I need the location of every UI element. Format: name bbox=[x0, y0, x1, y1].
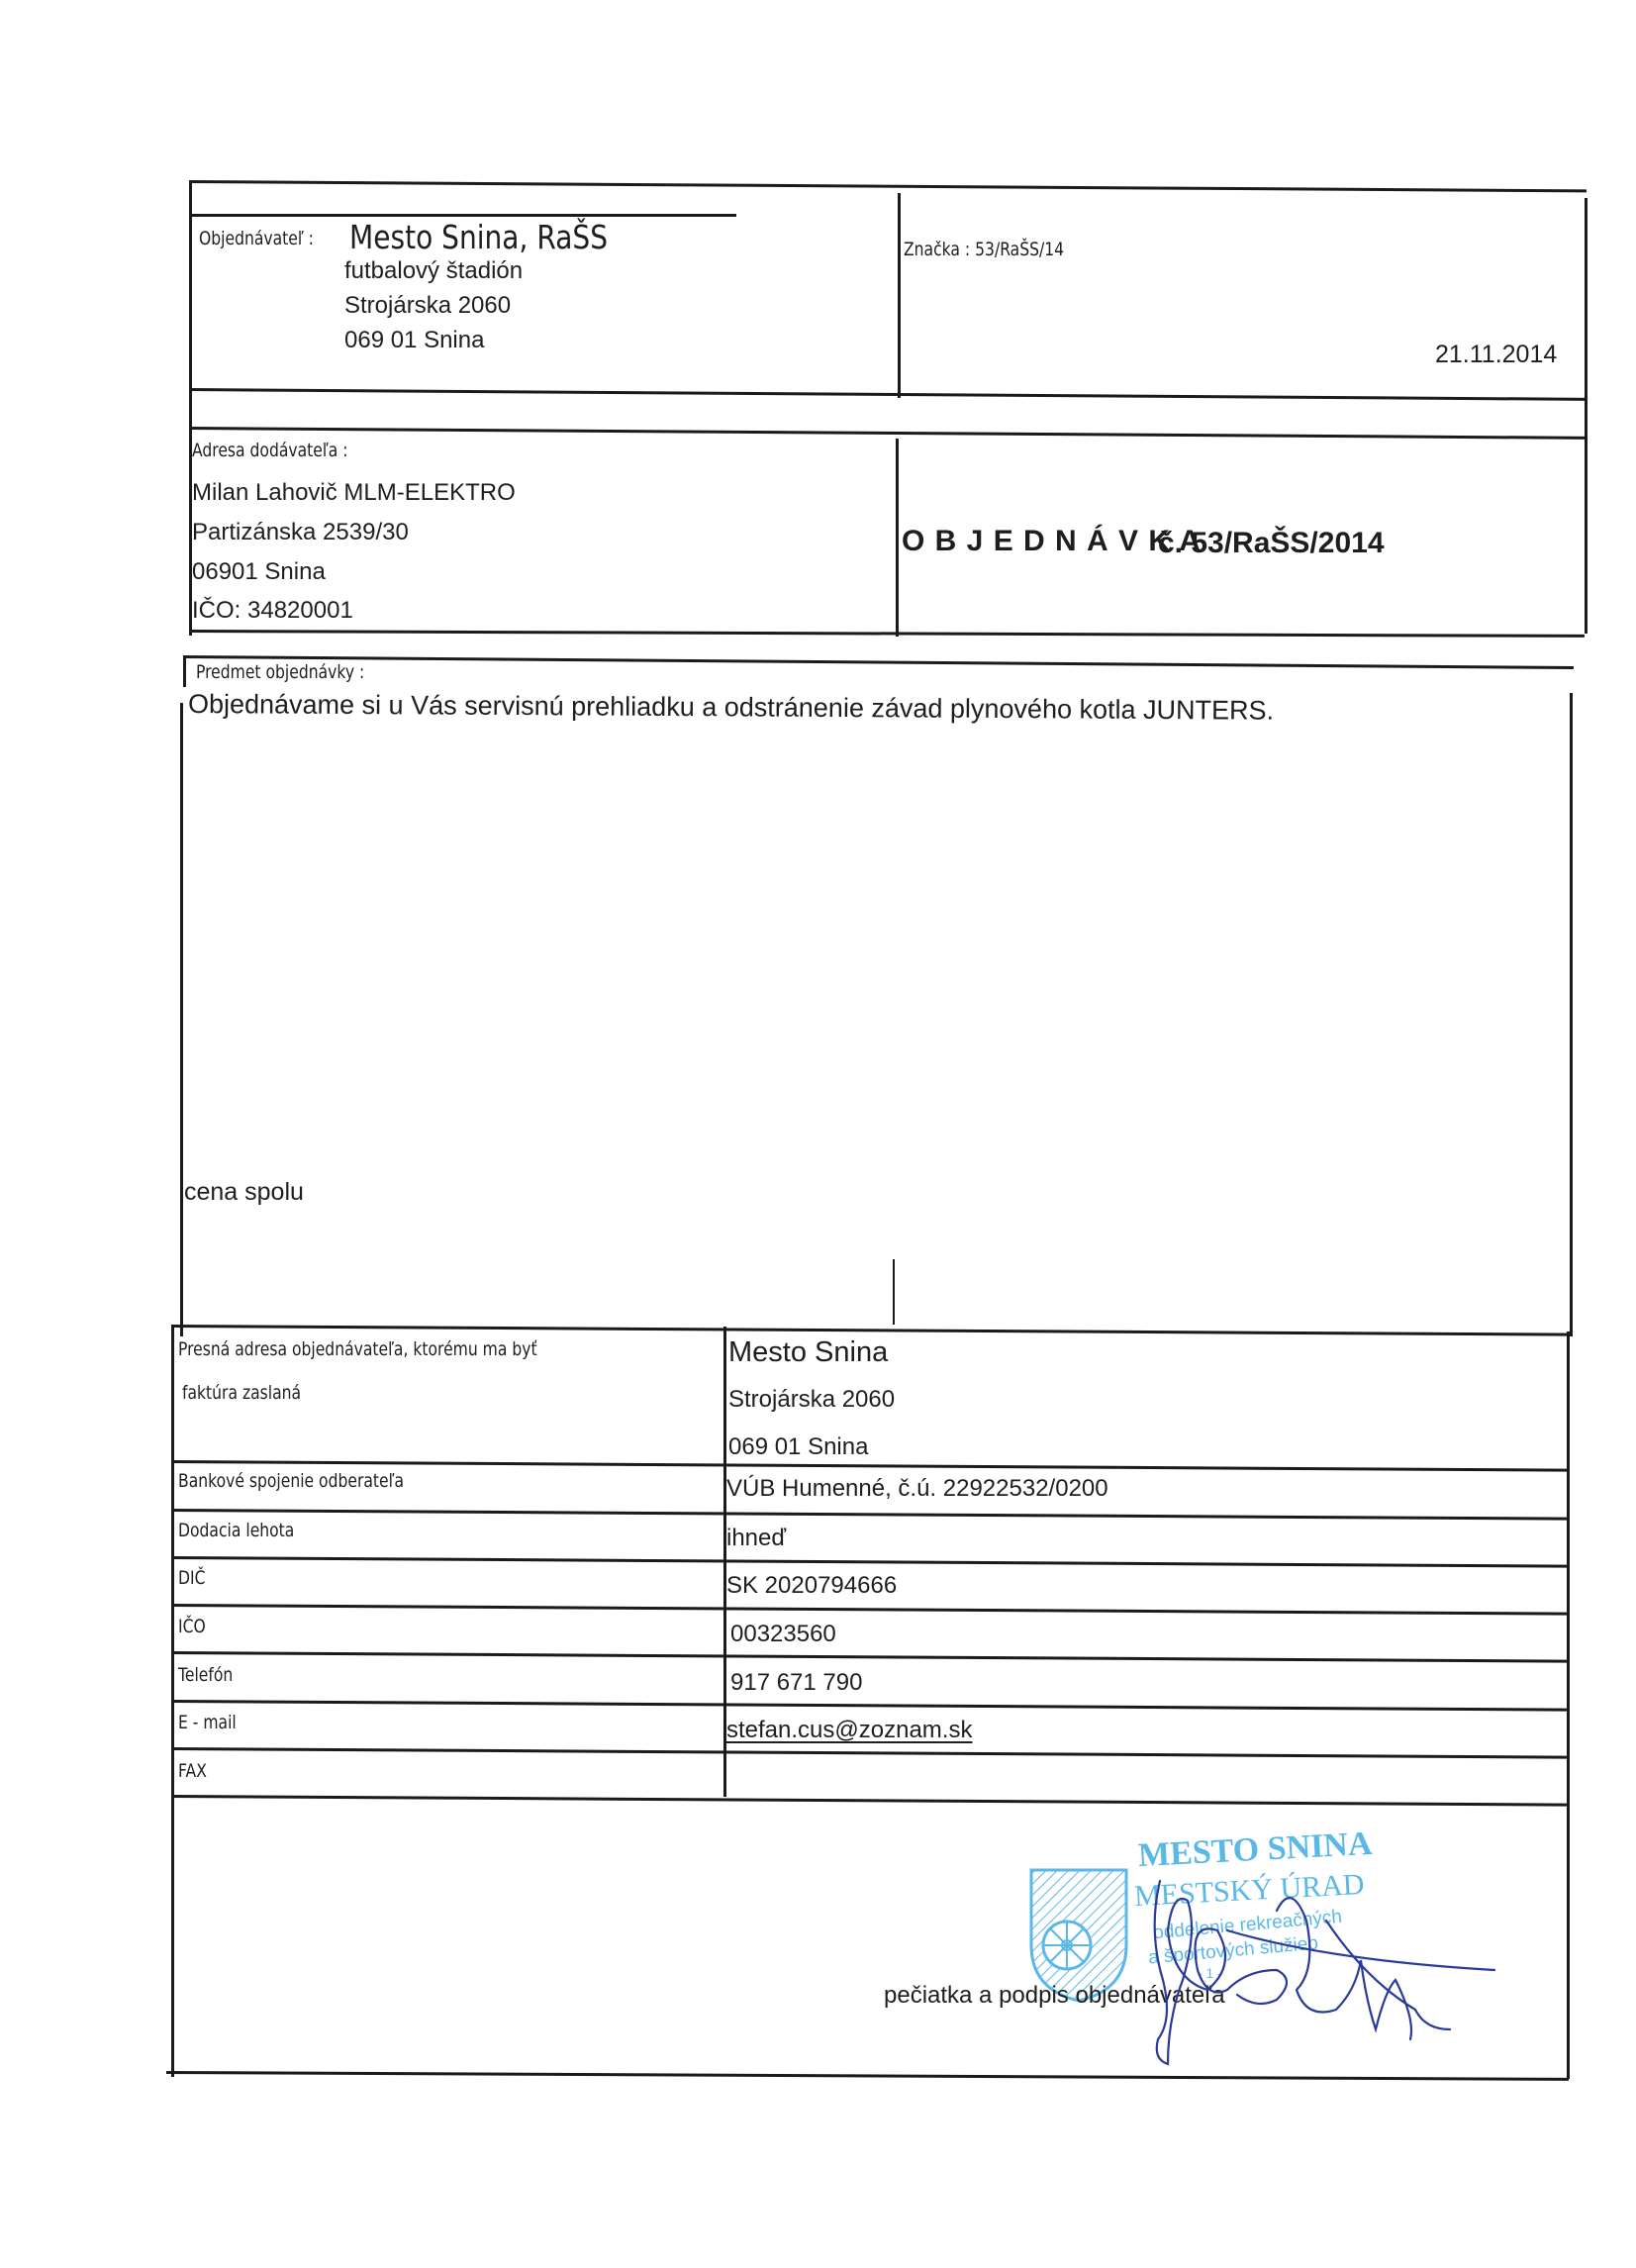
orderer-label: Objednávateľ : bbox=[199, 228, 314, 249]
invoice-address-label: faktúra zaslaná bbox=[182, 1382, 301, 1404]
row-label-bank: Bankové spojenie odberateľa bbox=[178, 1470, 404, 1492]
divider bbox=[189, 630, 1585, 638]
reference: Značka : 53/RaŠS/14 bbox=[904, 239, 1064, 260]
row-value-ico: 00323560 bbox=[730, 1621, 836, 1648]
reference-value: 53/RaŠS/14 bbox=[975, 239, 1064, 260]
divider bbox=[189, 427, 1587, 440]
divider bbox=[189, 388, 1587, 401]
row-value-phone: 917 671 790 bbox=[730, 1669, 862, 1697]
orderer-address-line: 069 01 Snina bbox=[344, 327, 484, 354]
divider bbox=[171, 1325, 1572, 1336]
row-value-dic: SK 2020794666 bbox=[726, 1572, 897, 1600]
row-label-email: E - mail bbox=[178, 1712, 237, 1733]
row-value-email[interactable]: stefan.cus@zoznam.sk bbox=[726, 1717, 972, 1744]
orderer-name: Mesto Snina, RaŠS bbox=[349, 218, 608, 256]
supplier-label: Adresa dodávateľa : bbox=[192, 440, 347, 461]
invoice-address-value: Mesto Snina bbox=[728, 1336, 888, 1369]
subject-label: Predmet objednávky : bbox=[196, 661, 364, 683]
divider bbox=[183, 655, 186, 687]
row-value-delivery: ihneď bbox=[726, 1525, 786, 1552]
row-label-dic: DIČ bbox=[178, 1567, 205, 1589]
orderer-address-line: Strojárska 2060 bbox=[344, 292, 511, 320]
row-label-ico: IČO bbox=[178, 1616, 206, 1637]
row-label-fax: FAX bbox=[178, 1760, 207, 1782]
supplier-line: Milan Lahovič MLM-ELEKTRO bbox=[192, 479, 516, 507]
order-number: č. 53/RaŠS/2014 bbox=[1158, 527, 1385, 560]
divider bbox=[896, 439, 899, 637]
divider bbox=[189, 180, 1587, 192]
order-date: 21.11.2014 bbox=[1435, 341, 1557, 369]
subject-text: Objednávame si u Vás servisnú prehliadku… bbox=[188, 689, 1274, 727]
divider bbox=[171, 1795, 1567, 1807]
supplier-line: 06901 Snina bbox=[192, 558, 326, 586]
reference-label: Značka : bbox=[904, 239, 970, 260]
divider bbox=[893, 1259, 895, 1325]
total-price-label: cena spolu bbox=[184, 1178, 304, 1207]
divider bbox=[171, 1651, 1567, 1663]
divider bbox=[171, 1556, 1567, 1568]
divider bbox=[189, 214, 736, 217]
invoice-address-value: 069 01 Snina bbox=[728, 1433, 868, 1461]
row-label-phone: Telefón bbox=[178, 1664, 233, 1686]
stamp-line: MESTO SNINA bbox=[1137, 1825, 1373, 1875]
divider bbox=[171, 1700, 1567, 1712]
document-title: O B J E D N Á V K A bbox=[902, 525, 1202, 558]
row-value-bank: VÚB Humenné, č.ú. 22922532/0200 bbox=[726, 1475, 1108, 1503]
divider bbox=[171, 1604, 1567, 1616]
divider bbox=[183, 655, 1574, 669]
supplier-line: Partizánska 2539/30 bbox=[192, 519, 409, 546]
invoice-address-value: Strojárska 2060 bbox=[728, 1386, 895, 1414]
supplier-ico: IČO: 34820001 bbox=[192, 597, 353, 625]
divider bbox=[180, 703, 183, 1336]
divider bbox=[1585, 198, 1588, 634]
row-label-delivery: Dodacia lehota bbox=[178, 1520, 294, 1541]
invoice-address-label: Presná adresa objednávateľa, ktorému ma … bbox=[178, 1338, 537, 1360]
orderer-address-line: futbalový štadión bbox=[344, 257, 523, 285]
divider bbox=[1567, 1331, 1570, 2079]
divider bbox=[1570, 693, 1573, 1336]
divider bbox=[171, 1509, 1567, 1521]
divider bbox=[166, 2071, 1569, 2081]
handwritten-signature-icon bbox=[1128, 1871, 1504, 2069]
divider bbox=[171, 1747, 1567, 1759]
divider bbox=[898, 193, 901, 398]
